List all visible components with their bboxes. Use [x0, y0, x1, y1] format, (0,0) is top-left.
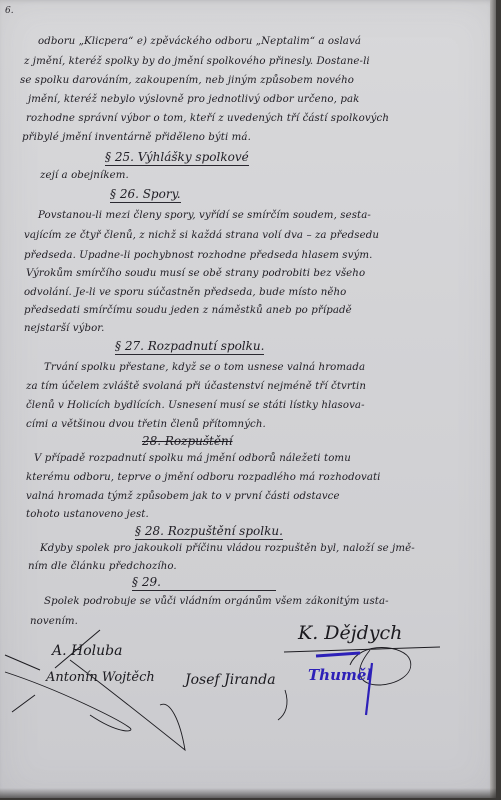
text-line: z jmění, kteréž spolky by do jmění spolk…	[24, 56, 370, 67]
signature-thumel: Thuměl	[308, 666, 372, 684]
text-line: vajícím ze čtyř členů, z nichž si každá …	[24, 230, 379, 241]
text-line: tohoto ustanoveno jest.	[26, 509, 149, 520]
signature-dejdych: K. Dějdych	[298, 622, 402, 644]
text-line: V případě rozpadnutí spolku má jmění odb…	[34, 453, 351, 464]
section-heading-25: § 25. Výhlášky spolkové	[105, 150, 249, 166]
text-line: Výrokům smírčího soudu musí se obě stran…	[26, 268, 365, 279]
text-line: novením.	[30, 616, 78, 627]
text-line: Spolek podrobuje se vůči vládním orgánům…	[44, 596, 389, 607]
text-line: valná hromada týmž způsobem jak to v prv…	[26, 491, 340, 502]
text-line: se spolku darováním, zakoupením, neb jin…	[20, 75, 354, 86]
struck-heading: 28. Rozpuštění	[142, 434, 233, 449]
text-line: ním dle článku předchozího.	[28, 561, 177, 572]
document-page: 6. odboru „Klicpera“ e) zpěváckého odbor…	[0, 0, 496, 798]
text-line: jmění, kteréž nebylo výslovně pro jednot…	[28, 94, 359, 105]
section-heading-28: § 28. Rozpuštění spolku.	[135, 524, 283, 540]
page-bottom-shadow	[0, 788, 496, 798]
signature-jiranda: Josef Jiranda	[185, 672, 276, 688]
text-line: cími a většinou dvou třetin členů přítom…	[26, 419, 266, 430]
text-line: Kdyby spolek pro jakoukoli příčinu vládo…	[40, 543, 415, 554]
text-line: zejí a obejníkem.	[40, 170, 129, 181]
signature-wojtech: Antonín Wojtěch	[46, 670, 155, 685]
text-line: členů v Holicích bydlících. Usnesení mus…	[26, 400, 365, 411]
text-line: předseda. Upadne-li pochybnost rozhodne …	[24, 250, 372, 261]
section-heading-29: § 29.	[132, 575, 276, 591]
section-heading-26: § 26. Spory.	[110, 187, 181, 203]
text-line: Povstanou-li mezi členy spory, vyřídí se…	[38, 210, 371, 221]
section-heading-27: § 27. Rozpadnutí spolku.	[115, 339, 264, 355]
page-number: 6.	[5, 6, 14, 16]
page-edge	[490, 0, 496, 798]
signature-holuba: A. Holuba	[52, 643, 122, 659]
text-line: přibylé jmění inventárně přiděleno býti …	[22, 132, 251, 143]
text-line: kterému odboru, teprve o jmění odboru ro…	[26, 472, 381, 483]
text-line: Trvání spolku přestane, když se o tom us…	[44, 362, 365, 373]
text-line: nejstarší výbor.	[24, 323, 105, 334]
text-line: odvolání. Je-li ve sporu súčastněn předs…	[24, 287, 346, 298]
text-line: odboru „Klicpera“ e) zpěváckého odboru „…	[38, 36, 361, 47]
text-line: předsedati smírčímu soudu jeden z náměst…	[24, 305, 352, 316]
text-line: za tím účelem zvláště svolaná při účaste…	[26, 381, 366, 392]
text-line: rozhodne správní výbor o tom, kteří z uv…	[26, 113, 389, 124]
